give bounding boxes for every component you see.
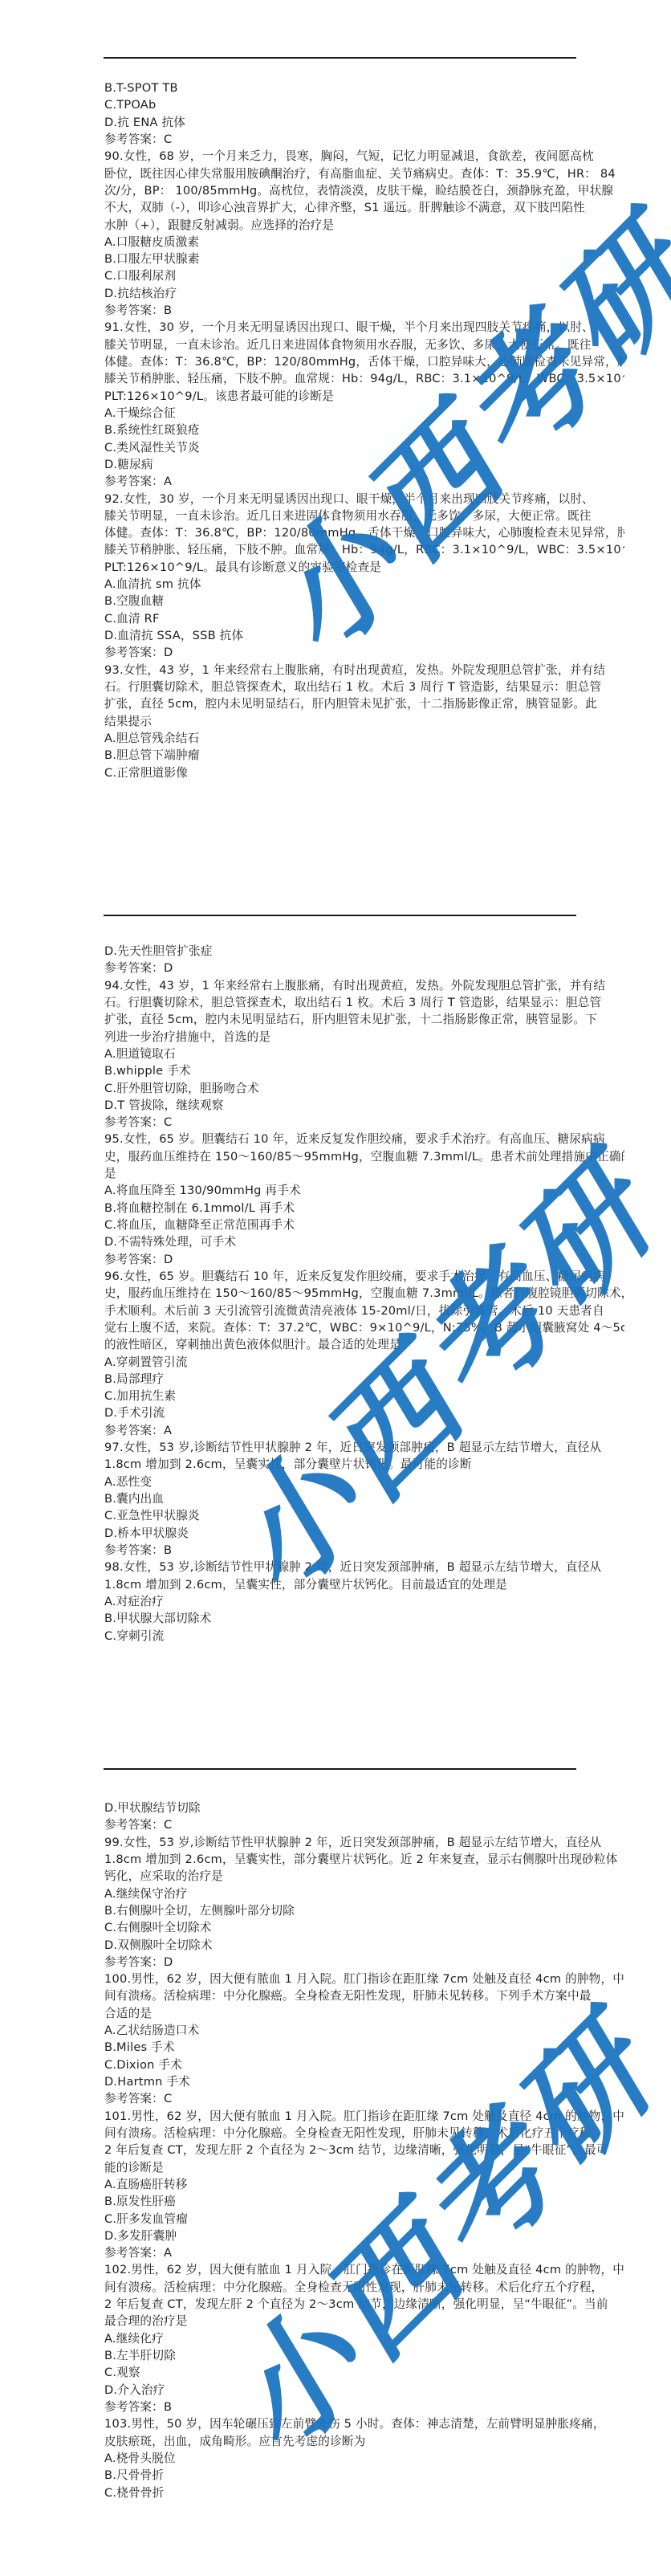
text-line: 98.女性，53 岁,诊断结节性甲状腺肿 2 年，近日突发颈部肿痛，B 超显示左… bbox=[104, 1559, 624, 1575]
text-line: 97.女性，53 岁,诊断结节性甲状腺肿 2 年，近日突发颈部肿痛，B 超显示左… bbox=[104, 1439, 624, 1456]
text-line: D.抗结核治疗 bbox=[104, 285, 624, 302]
text-line: 膝关节明显，一直未诊治。近几日来进固体食物须用水吞服，无多饮、多尿，大便正常。既… bbox=[104, 507, 624, 524]
text-line: 参考答案：B bbox=[104, 1542, 624, 1559]
text-line: D.先天性胆管扩张症 bbox=[104, 943, 624, 960]
text-line: D.介入治疗 bbox=[104, 2382, 624, 2399]
text-line: 最合理的治疗是 bbox=[104, 2313, 624, 2329]
text-line: 95.女性，65 岁。胆囊结石 10 年，近来反复发作胆绞痛，要求手术治疗。有高… bbox=[104, 1131, 624, 1147]
text-line: C.Dixion 手术 bbox=[104, 2056, 624, 2073]
text-line: 皮肤瘀斑，出血，成角畸形。应首先考虑的诊断为 bbox=[104, 2433, 624, 2450]
text-line: A.桡骨头脱位 bbox=[104, 2450, 624, 2467]
text-line: 参考答案：B bbox=[104, 302, 624, 319]
text-line: B.将血糖控制在 6.1mmol/L 再手术 bbox=[104, 1200, 624, 1217]
page-divider bbox=[104, 57, 576, 59]
text-line: A.直肠癌肝转移 bbox=[104, 2176, 624, 2193]
text-line: 96.女性，65 岁。胆囊结石 10 年，近来反复发作胆绞痛，要求手术治疗。有高… bbox=[104, 1268, 624, 1285]
text-line: 手术顺利。术后前 3 天引流管引流微黄清亮液体 15-20ml/日，拔除引流管。… bbox=[104, 1302, 624, 1319]
text-line: 1.8cm 增加到 2.6cm，呈囊实性，部分囊壁片状钙化。最可能的诊断 bbox=[104, 1456, 624, 1473]
text-line: D.手术引流 bbox=[104, 1404, 624, 1421]
text-line: 扩张，直径 5cm，腔内未见明显结石，肝内胆管未见扩张，十二指肠影像正常，胰管显… bbox=[104, 695, 624, 712]
text-line: B.囊内出血 bbox=[104, 1490, 624, 1507]
text-line: 水肿（+），跟腱反射减弱。应选择的治疗是 bbox=[104, 217, 624, 234]
text-line: A.血清抗 sm 抗体 bbox=[104, 576, 624, 593]
text-line: A.乙状结肠造口术 bbox=[104, 2022, 624, 2039]
text-line: 石。行胆囊切除术，胆总管探查术，取出结石 1 枚。术后 3 周行 T 管造影，结… bbox=[104, 679, 624, 695]
text-line: 100.男性，62 岁，因大便有脓血 1 月入院。肛门指诊在距肛缘 7cm 处触… bbox=[104, 1971, 624, 1987]
text-line: 次/分，BP： 100/85mmHg。高枕位，表情淡漠，皮肤干燥，睑结膜苍白，颈… bbox=[104, 182, 624, 199]
text-line: C.肝多发血管瘤 bbox=[104, 2211, 624, 2228]
text-line: 觉右上腹不适，来院。查体：T：37.2℃，WBC：9×10^9/L，N:75%，… bbox=[104, 1319, 624, 1336]
text-line: PLT:126×10^9/L。最具有诊断意义的实验室检查是 bbox=[104, 559, 624, 576]
text-line: D.抗 ENA 抗体 bbox=[104, 114, 624, 131]
text-line: 是 bbox=[104, 1165, 624, 1182]
text-line: A.恶性变 bbox=[104, 1473, 624, 1490]
text-line: C.穿刺引流 bbox=[104, 1628, 624, 1645]
text-line: 结果提示 bbox=[104, 713, 624, 730]
page-divider bbox=[104, 915, 576, 916]
text-line: 参考答案：D bbox=[104, 644, 624, 661]
text-line: A.胆道镜取石 bbox=[104, 1045, 624, 1062]
text-line: D.Hartmn 手术 bbox=[104, 2073, 624, 2090]
text-line: 卧位，既往因心律失常服用胺碘酮治疗，有高脂血症、关节痛病史。查体：T：35.9℃… bbox=[104, 165, 624, 182]
text-line: D.血清抗 SSA，SSB 抗体 bbox=[104, 627, 624, 644]
text-line: B.局部理疗 bbox=[104, 1371, 624, 1388]
text-line: 不大，双肺（-），叩诊心浊音界扩大，心律齐整，S1 遥远。肝脾触诊不满意，双下肢… bbox=[104, 199, 624, 216]
text-line: C.桡骨骨折 bbox=[104, 2484, 624, 2501]
text-line: B.Miles 手术 bbox=[104, 2039, 624, 2056]
text-line: 参考答案：C bbox=[104, 2090, 624, 2107]
text-line: 间有溃疡。活检病理：中分化腺癌。全身检查无阳性发现，肝肺未见转移。下列手术方案中… bbox=[104, 1987, 624, 2004]
text-line: D.桥本甲状腺炎 bbox=[104, 1525, 624, 1542]
text-line: A.胆总管残余结石 bbox=[104, 730, 624, 747]
text-line: 1.8cm 增加到 2.6cm，呈囊实性，部分囊壁片状钙化。目前最适宜的处理是 bbox=[104, 1576, 624, 1593]
text-line: B.T-SPOT TB bbox=[104, 79, 624, 96]
text-line: A.穿刺置管引流 bbox=[104, 1354, 624, 1371]
page-section-3: D.甲状腺结节切除参考答案：C99.女性，53 岁,诊断结节性甲状腺肿 2 年，… bbox=[104, 1800, 624, 2501]
text-line: B.whipple 手术 bbox=[104, 1062, 624, 1079]
text-line: 90.女性，68 岁，一个月来乏力，畏寒，胸闷，气短，记忆力明显减退，食欲差，夜… bbox=[104, 148, 624, 165]
text-line: 92.女性，30 岁，一个月来无明显诱因出现口、眼干燥，半个月来出现四肢关节疼痛… bbox=[104, 491, 624, 507]
text-line: D.甲状腺结节切除 bbox=[104, 1800, 624, 1816]
text-line: B.尺骨骨折 bbox=[104, 2467, 624, 2484]
text-line: C.类风湿性关节炎 bbox=[104, 439, 624, 456]
text-line: 史，服药血压维持在 150～160/85～95mmHg，空腹血糖 7.3mml/… bbox=[104, 1148, 624, 1165]
text-line: C.正常胆道影像 bbox=[104, 764, 624, 781]
text-line: 间有溃疡。活检病理：中分化腺癌。全身检查无阳性发现，肝肺未见转移。术后化疗五个疗… bbox=[104, 2279, 624, 2296]
text-line: C.加用抗生素 bbox=[104, 1388, 624, 1404]
text-line: B.口服左甲状腺素 bbox=[104, 251, 624, 267]
text-line: 102.男性，62 岁，因大便有脓血 1 月入院。肛门指诊在距肛缘 7cm 处触… bbox=[104, 2261, 624, 2278]
text-line: A.继续保守治疗 bbox=[104, 1885, 624, 1902]
text-line: B.甲状腺大部切除术 bbox=[104, 1610, 624, 1627]
text-line: C.TPOAb bbox=[104, 96, 624, 113]
text-line: 2 年后复查 CT，发现左肝 2 个直径为 2～3cm 结节，边缘清晰，强化明显… bbox=[104, 2296, 624, 2313]
text-line: 参考答案：D bbox=[104, 1251, 624, 1268]
text-line: 史，服药血压维持在 150～160/85～95mmHg，空腹血糖 7.3mml/… bbox=[104, 1285, 624, 1302]
text-line: B.左半肝切除 bbox=[104, 2347, 624, 2364]
text-line: PLT:126×10^9/L。该患者最可能的诊断是 bbox=[104, 388, 624, 405]
text-line: 参考答案：A bbox=[104, 1422, 624, 1439]
page-section-2: D.先天性胆管扩张症参考答案：D94.女性，43 岁，1 年来经常右上腹胀痛，有… bbox=[104, 943, 624, 1645]
text-line: 列进一步治疗措施中，首选的是 bbox=[104, 1029, 624, 1045]
text-line: 的液性暗区，穿刺抽出黄色液体似胆汁。最合适的处理是 bbox=[104, 1336, 624, 1353]
text-line: A.口服糖皮质激素 bbox=[104, 234, 624, 251]
text-line: B.原发性肝癌 bbox=[104, 2193, 624, 2210]
text-line: A.将血压降至 130/90mmHg 再手术 bbox=[104, 1182, 624, 1199]
text-line: C.亚急性甲状腺炎 bbox=[104, 1507, 624, 1524]
text-line: D.糖尿病 bbox=[104, 456, 624, 473]
text-line: 合适的是 bbox=[104, 2005, 624, 2022]
text-line: 石。行胆囊切除术，胆总管探查术，取出结石 1 枚。术后 3 周行 T 管造影，结… bbox=[104, 994, 624, 1011]
page-section-1: B.T-SPOT TBC.TPOAbD.抗 ENA 抗体参考答案：C90.女性，… bbox=[104, 79, 624, 781]
text-line: 101.男性，62 岁，因大便有脓血 1 月入院。肛门指诊在距肛缘 7cm 处触… bbox=[104, 2108, 624, 2125]
text-line: A.干燥综合征 bbox=[104, 405, 624, 422]
text-line: D.T 管拔除，继续观察 bbox=[104, 1097, 624, 1114]
text-line: 参考答案：D bbox=[104, 960, 624, 976]
text-line: C.观察 bbox=[104, 2364, 624, 2381]
text-line: 膝关节明显，一直未诊治。近几日来进固体食物须用水吞服，无多饮、多尿，大便正常。既… bbox=[104, 336, 624, 353]
text-line: 能的诊断是 bbox=[104, 2159, 624, 2176]
exam-document: B.T-SPOT TBC.TPOAbD.抗 ENA 抗体参考答案：C90.女性，… bbox=[0, 0, 671, 2576]
text-line: 钙化，应采取的治疗是 bbox=[104, 1868, 624, 1885]
text-line: 2 年后复查 CT，发现左肝 2 个直径为 2～3cm 结节，边缘清晰，强化明显… bbox=[104, 2142, 624, 2158]
text-line: D.不需特殊处理，可手术 bbox=[104, 1233, 624, 1250]
text-line: 参考答案：C bbox=[104, 1816, 624, 1833]
text-line: 膝关节稍肿胀、轻压痛，下肢不肿。血常规：Hb：94g/L，RBC：3.1×10^… bbox=[104, 541, 624, 558]
text-line: 93.女性，43 岁，1 年来经常右上腹胀痛，有时出现黄疸，发热。外院发现胆总管… bbox=[104, 662, 624, 679]
text-line: 103.男性，50 岁，因车轮碾压致左前臂外伤 5 小时。查体：神志清楚，左前臂… bbox=[104, 2415, 624, 2432]
text-line: C.右侧腺叶全切除术 bbox=[104, 1919, 624, 1936]
text-line: C.肝外胆管切除，胆肠吻合术 bbox=[104, 1080, 624, 1097]
text-line: B.右侧腺叶全切，左侧腺叶部分切除 bbox=[104, 1902, 624, 1919]
text-line: 参考答案：C bbox=[104, 131, 624, 148]
text-line: A.对症治疗 bbox=[104, 1593, 624, 1610]
text-line: 参考答案：B bbox=[104, 2399, 624, 2415]
text-line: 99.女性，53 岁,诊断结节性甲状腺肿 2 年，近日突发颈部肿痛，B 超显示左… bbox=[104, 1834, 624, 1851]
text-line: 膝关节稍肿胀、轻压痛，下肢不肿。血常规：Hb：94g/L，RBC：3.1×10^… bbox=[104, 370, 624, 387]
text-line: A.继续化疗 bbox=[104, 2330, 624, 2347]
text-line: 体健。查体：T：36.8℃，BP：120/80mmHg，舌体干燥，口腔异味大，心… bbox=[104, 353, 624, 370]
text-line: 参考答案：C bbox=[104, 1114, 624, 1131]
text-line: C.将血压，血糖降至正常范围再手术 bbox=[104, 1217, 624, 1233]
text-line: 间有溃疡。活检病理：中分化腺癌。全身检查无阳性发现，肝肺未见转移。术后化疗五个疗… bbox=[104, 2125, 624, 2142]
text-line: C.口服利尿剂 bbox=[104, 267, 624, 284]
text-line: 94.女性，43 岁，1 年来经常右上腹胀痛，有时出现黄疸，发热。外院发现胆总管… bbox=[104, 977, 624, 994]
text-line: 参考答案：A bbox=[104, 473, 624, 490]
text-line: 1.8cm 增加到 2.6cm，呈囊实性，部分囊壁片状钙化。近 2 年来复查，显… bbox=[104, 1851, 624, 1868]
text-line: 参考答案：D bbox=[104, 1954, 624, 1971]
text-line: 参考答案：A bbox=[104, 2244, 624, 2261]
text-line: D.多发肝囊肿 bbox=[104, 2228, 624, 2244]
text-line: 91.女性，30 岁，一个月来无明显诱因出现口、眼干燥，半个月来出现四肢关节疼痛… bbox=[104, 319, 624, 336]
text-line: 扩张，直径 5cm，腔内未见明显结石，肝内胆管未见扩张，十二指肠影像正常，胰管显… bbox=[104, 1011, 624, 1028]
text-line: C.血清 RF bbox=[104, 610, 624, 627]
text-line: D.双侧腺叶全切除术 bbox=[104, 1937, 624, 1954]
text-line: B.胆总管下端肿瘤 bbox=[104, 747, 624, 764]
text-line: B.空腹血糖 bbox=[104, 593, 624, 609]
page-divider bbox=[104, 1768, 576, 1770]
text-line: B.系统性红斑狼疮 bbox=[104, 422, 624, 438]
text-line: 体健。查体：T：36.8℃，BP：120/80mmHg，舌体干燥，口腔异味大，心… bbox=[104, 524, 624, 541]
